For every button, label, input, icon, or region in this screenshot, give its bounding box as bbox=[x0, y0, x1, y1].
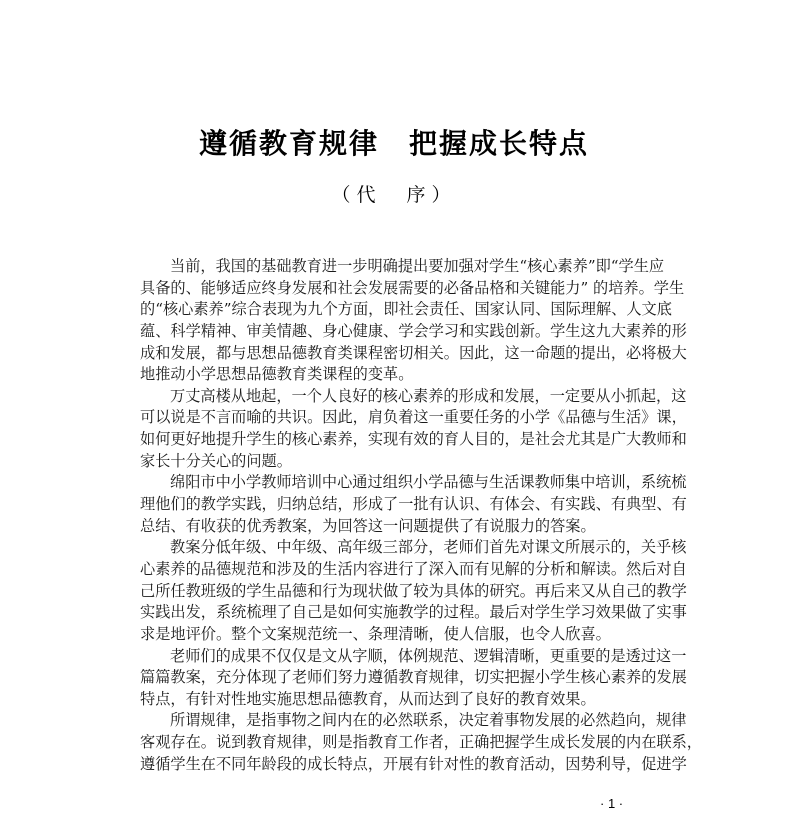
text-line: 理他们的教学实践，归纳总结，形成了一批有认识、有体会、有实践、有典型、有 bbox=[140, 494, 652, 516]
page-number: · 1 · bbox=[600, 796, 623, 811]
text-line: 遵循学生在不同年龄段的成长特点，开展有针对性的教育活动，因势利导，促进学 bbox=[140, 754, 652, 776]
text-line: 绵阳市中小学教师培训中心通过组织小学品德与生活课教师集中培训，系统梳 bbox=[140, 472, 652, 494]
text-line: 心素养的品德规范和涉及的生活内容进行了深入而有见解的分析和解读。然后对自 bbox=[140, 559, 652, 581]
text-line: 当前，我国的基础教育进一步明确提出要加强对学生“核心素养”即“学生应 bbox=[140, 256, 652, 278]
text-line: 可以说是不言而喻的共识。因此，肩负着这一重要任务的小学《品德与生活》课， bbox=[140, 407, 652, 429]
text-line: 总结、有收获的优秀教案，为回答这一问题提供了有说服力的答案。 bbox=[140, 516, 652, 538]
text-line: 教案分低年级、中年级、高年级三部分，老师们首先对课文所展示的，关乎核 bbox=[140, 537, 652, 559]
paragraph-6: 所谓规律，是指事物之间内在的必然联系，决定着事物发展的必然趋向，规律 客观存在。… bbox=[140, 710, 652, 775]
paragraph-2: 万丈高楼从地起，一个人良好的核心素养的形成和发展，一定要从小抓起，这 可以说是不… bbox=[140, 386, 652, 473]
text-line: 篇篇教案，充分体现了老师们努力遵循教育规律，切实把握小学生核心素养的发展 bbox=[140, 667, 652, 689]
text-line: 己所任教班级的学生品德和行为现状做了较为具体的研究。再后来又从自己的教学 bbox=[140, 581, 652, 603]
paragraph-1: 当前，我国的基础教育进一步明确提出要加强对学生“核心素养”即“学生应 具备的、能… bbox=[140, 256, 652, 386]
text-line: 如何更好地提升学生的核心素养，实现有效的育人目的，是社会尤其是广大教师和 bbox=[140, 429, 652, 451]
text-line: 成和发展，都与思想品德教育类课程密切相关。因此，这一命题的提出，必将极大 bbox=[140, 343, 652, 365]
text-line: 万丈高楼从地起，一个人良好的核心素养的形成和发展，一定要从小抓起，这 bbox=[140, 386, 652, 408]
paragraph-5: 老师们的成果不仅仅是文从字顺，体例规范、逻辑清晰，更重要的是透过这一 篇篇教案，… bbox=[140, 646, 652, 711]
text-line: 的“核心素养”综合表现为九个方面，即社会责任、国家认同、国际理解、人文底 bbox=[140, 299, 652, 321]
text-line: 客观存在。说到教育规律，则是指教育工作者，正确把握学生成长发展的内在联系， bbox=[140, 732, 652, 754]
body-text: 当前，我国的基础教育进一步明确提出要加强对学生“核心素养”即“学生应 具备的、能… bbox=[140, 256, 652, 775]
text-line: 所谓规律，是指事物之间内在的必然联系，决定着事物发展的必然趋向，规律 bbox=[140, 710, 652, 732]
text-line: 老师们的成果不仅仅是文从字顺，体例规范、逻辑清晰，更重要的是透过这一 bbox=[140, 646, 652, 668]
page-title: 遵循教育规律 把握成长特点 bbox=[0, 122, 788, 162]
text-line: 实践出发，系统梳理了自己是如何实施教学的过程。最后对学生学习效果做了实事 bbox=[140, 602, 652, 624]
text-line: 蕴、科学精神、审美情趣、身心健康、学会学习和实践创新。学生这九大素养的形 bbox=[140, 321, 652, 343]
text-line: 家长十分关心的问题。 bbox=[140, 451, 652, 473]
page-subtitle: （代 序） bbox=[0, 180, 788, 207]
text-line: 求是地评价。整个文案规范统一、条理清晰，使人信服，也令人欣喜。 bbox=[140, 624, 652, 646]
paragraph-4: 教案分低年级、中年级、高年级三部分，老师们首先对课文所展示的，关乎核 心素养的品… bbox=[140, 537, 652, 645]
text-line: 特点，有针对性地实施思想品德教育，从而达到了良好的教育效果。 bbox=[140, 689, 652, 711]
text-line: 具备的、能够适应终身发展和社会发展需要的必备品格和关键能力” 的培养。学生 bbox=[140, 278, 652, 300]
text-line: 地推动小学思想品德教育类课程的变革。 bbox=[140, 364, 652, 386]
paragraph-3: 绵阳市中小学教师培训中心通过组织小学品德与生活课教师集中培训，系统梳 理他们的教… bbox=[140, 472, 652, 537]
